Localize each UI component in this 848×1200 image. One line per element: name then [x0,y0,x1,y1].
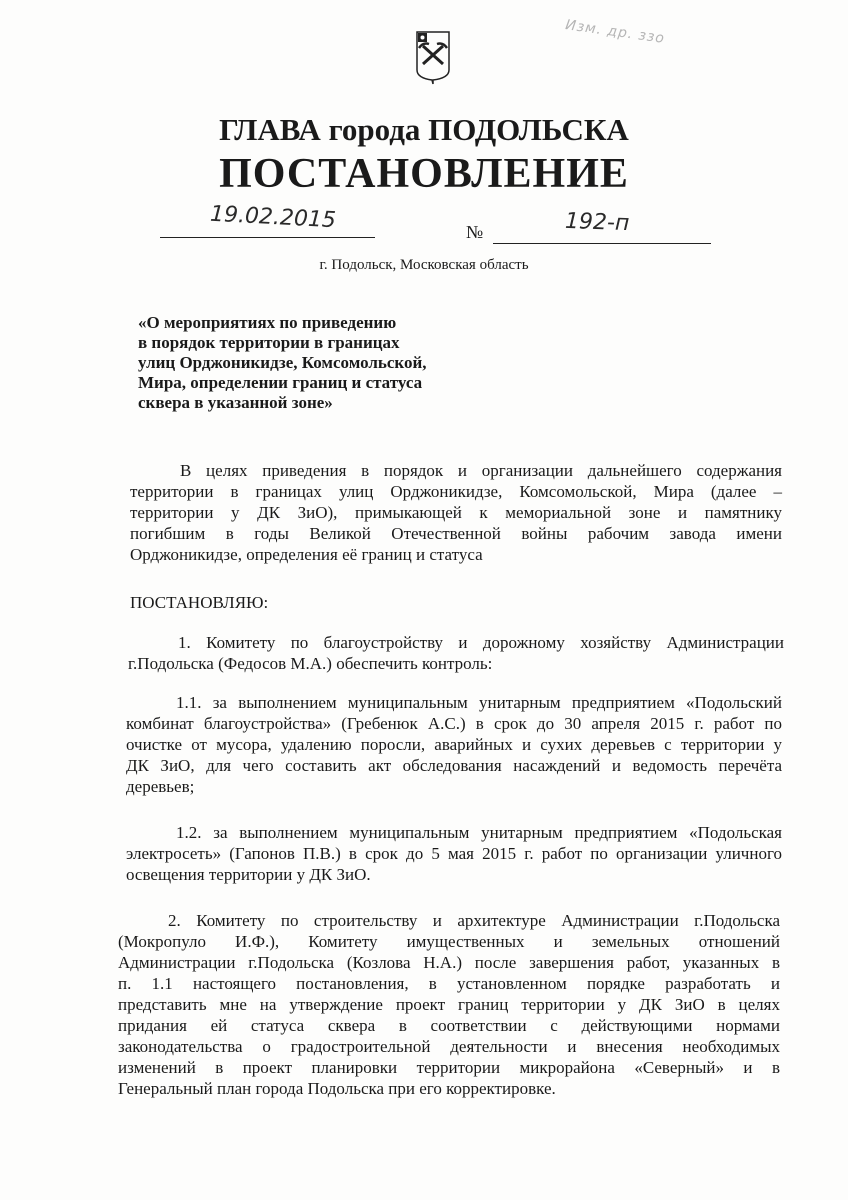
title-line: «О мероприятиях по приведению [138,313,427,333]
text-line: Генеральный план города Подольска при ег… [118,1078,780,1099]
title-line: в порядок территории в границах [138,333,427,353]
document-number: 192-п [565,209,630,236]
item-1-paragraph: 1. Комитету по благоустройству и дорожно… [128,632,784,674]
text-line: изменений в проект планировки территории… [118,1057,780,1078]
text-line: п. 1.1 настоящего постановления, в устан… [118,973,780,994]
coat-of-arms-icon [415,30,451,86]
text-line: 1.2. за выполнением муниципальным унитар… [126,822,782,843]
date-underline [160,236,375,238]
text-line: освещения территории у ДК ЗиО. [126,864,782,885]
text-line: Администрации г.Подольска (Козлова Н.А.)… [118,952,780,973]
text-line: комбинат благоустройства» (Гребенюк А.С.… [126,713,782,734]
text-line: очистке от мусора, удалению поросли, ава… [126,734,782,755]
item-1-2-paragraph: 1.2. за выполнением муниципальным унитар… [126,822,782,885]
text-line: деревьев; [126,776,782,797]
text-line: территории в границах улиц Орджоникидзе,… [130,481,782,502]
document-date: 19.02.2015 [209,202,336,234]
authority-heading: ГЛАВА города ПОДОЛЬСКА [0,112,848,148]
document-title: «О мероприятиях по приведению в порядок … [138,313,427,413]
text-line: электросеть» (Гапонов П.В.) в срок до 5 … [126,843,782,864]
title-line: Мира, определении границ и статуса [138,373,427,393]
document-place: г. Подольск, Московская область [0,257,848,274]
title-line: сквера в указанной зоне» [138,393,427,413]
text-line: г.Подольска (Федосов М.А.) обеспечить ко… [128,653,784,674]
handwritten-note: Изм. др. ззо [564,17,666,47]
text-line: территории у ДК ЗиО), примыкающей к мемо… [130,502,782,523]
text-line: В целях приведения в порядок и организац… [130,460,782,481]
text-line: погибшим в годы Великой Отечественной во… [130,523,782,544]
title-line: улиц Орджоникидзе, Комсомольской, [138,353,427,373]
text-line: (Мокропуло И.Ф.), Комитету имущественных… [118,931,780,952]
text-line: 1. Комитету по благоустройству и дорожно… [128,632,784,653]
text-line: законодательства о градостроительной дея… [118,1036,780,1057]
item-1-1-paragraph: 1.1. за выполнением муниципальным унитар… [126,692,782,797]
number-sign: № [466,222,483,243]
text-line: представить мне на утверждение проект гр… [118,994,780,1015]
number-underline [493,242,711,244]
text-line: 2. Комитету по строительству и архитекту… [118,910,780,931]
item-2-paragraph: 2. Комитету по строительству и архитекту… [118,910,780,1099]
text-line: 1.1. за выполнением муниципальным унитар… [126,692,782,713]
text-line: ДК ЗиО, для чего составить акт обследова… [126,755,782,776]
preamble-paragraph: В целях приведения в порядок и организац… [130,460,782,565]
document-type-heading: ПОСТАНОВЛЕНИЕ [0,150,848,198]
decree-word: ПОСТАНОВЛЯЮ: [130,593,268,613]
text-line: Орджоникидзе, определения её границ и ст… [130,544,782,565]
document-page: Изм. др. ззо ГЛАВА города ПОДОЛЬСКА ПОСТ… [0,0,848,1200]
text-line: придания ей статуса сквера в соответстви… [118,1015,780,1036]
